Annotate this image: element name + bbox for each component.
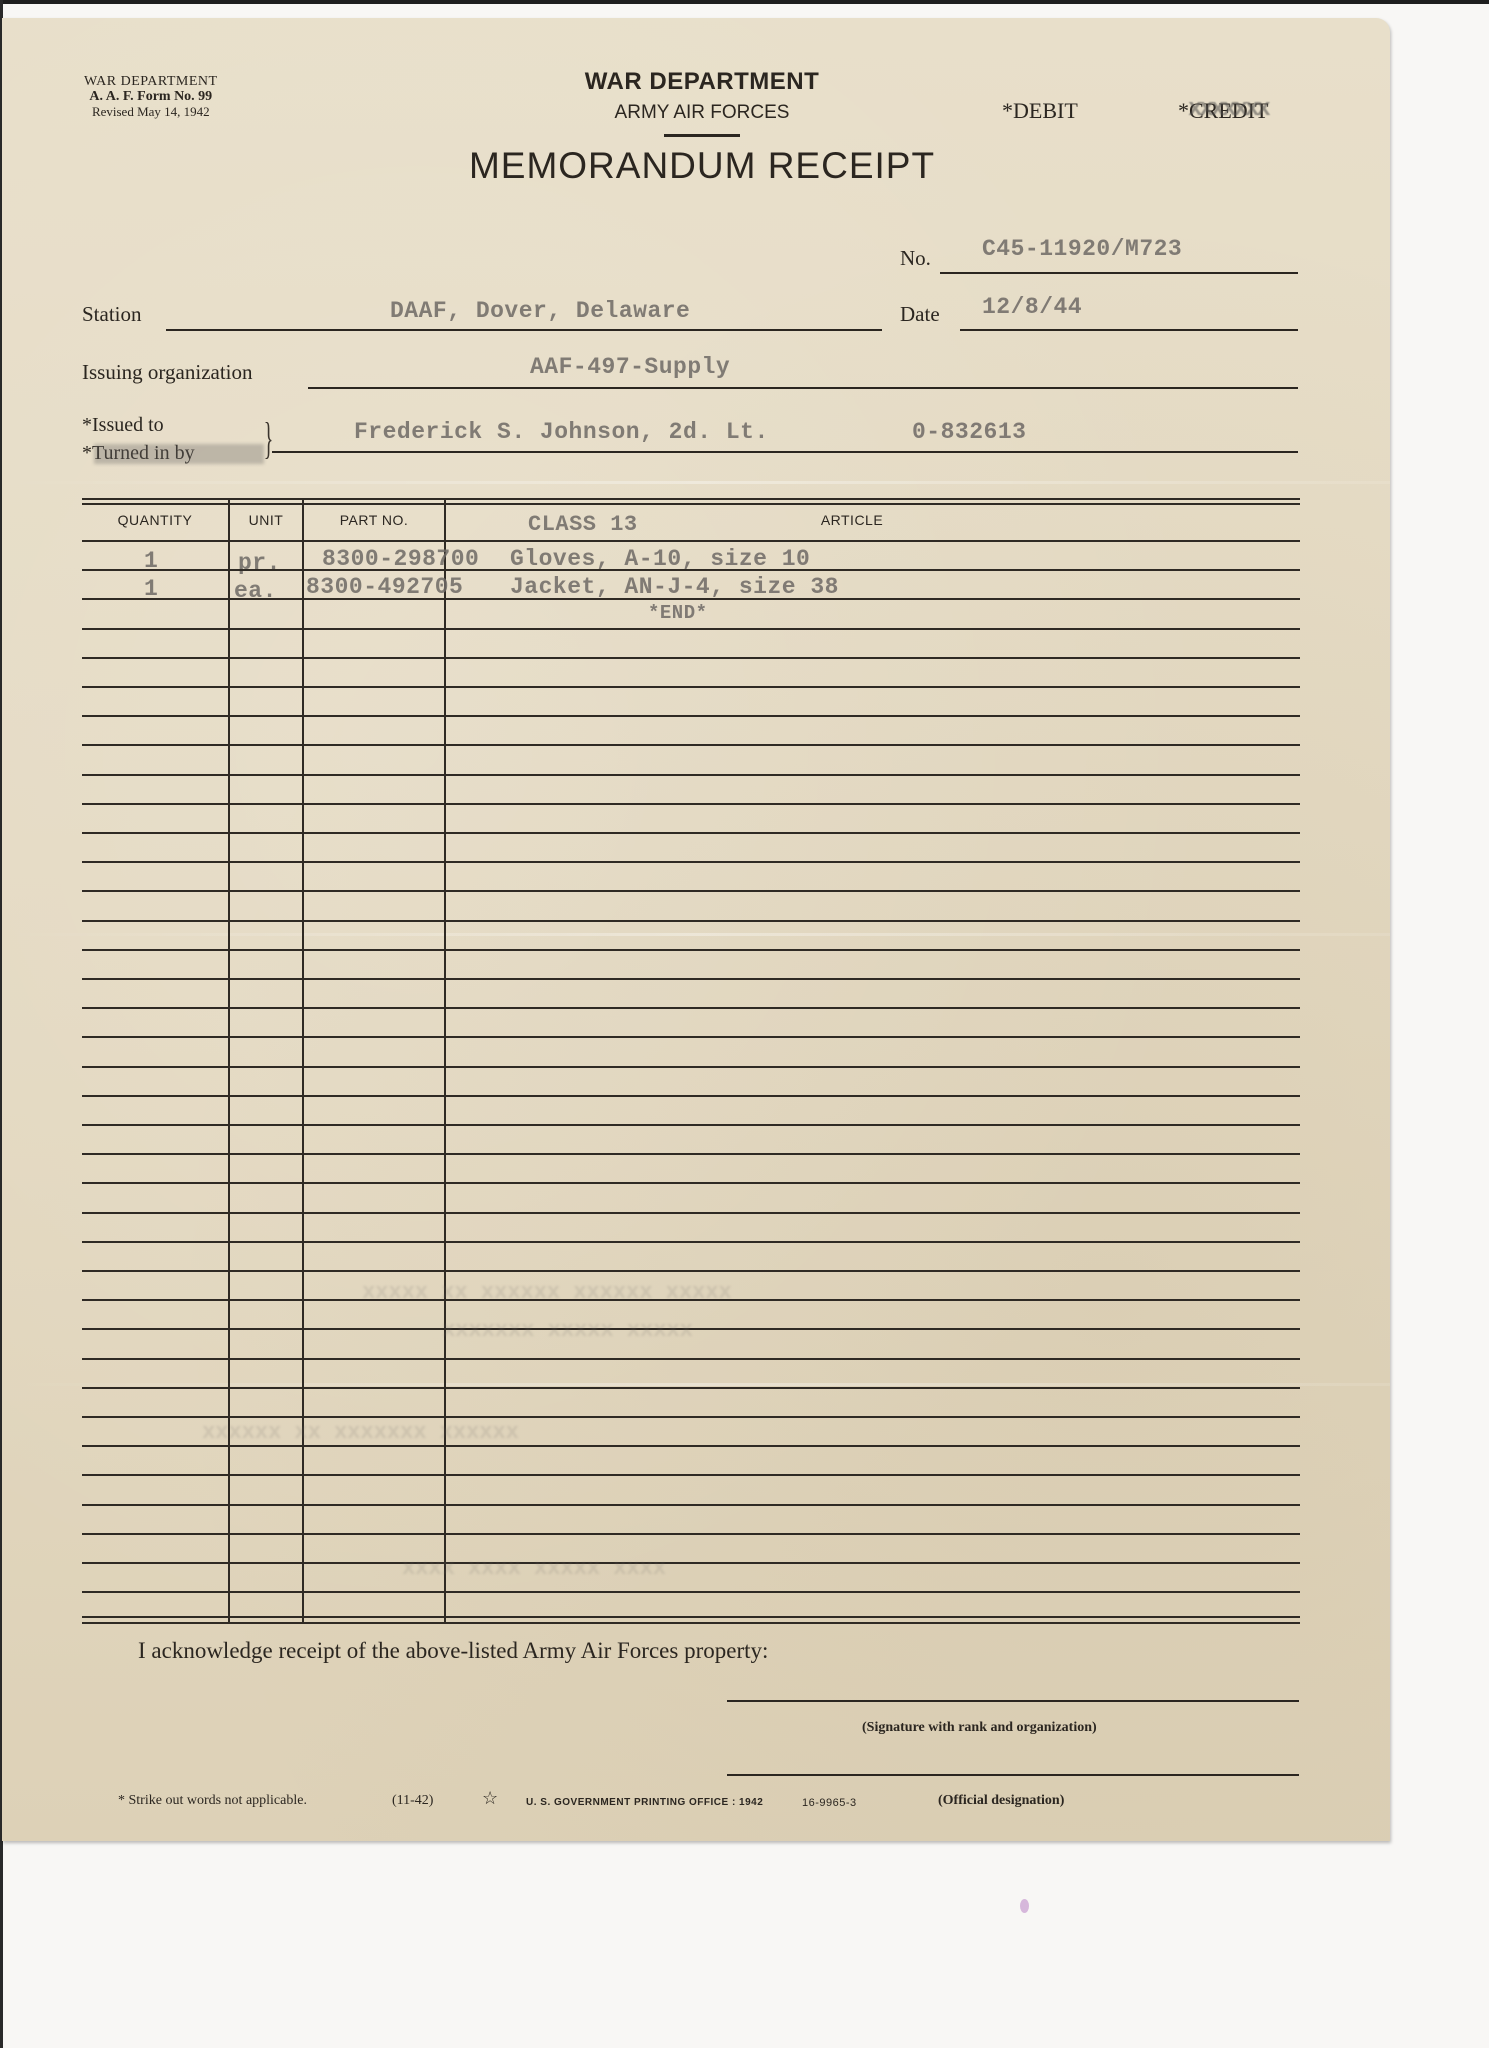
document-title: MEMORANDUM RECEIPT — [422, 145, 982, 187]
date-label: Date — [900, 302, 940, 327]
bracket-icon: } — [264, 414, 274, 464]
table-row-rule — [82, 657, 1300, 659]
table-row-rule — [82, 1591, 1300, 1593]
table-row-rule — [82, 540, 1300, 542]
table-row-rule — [82, 890, 1300, 892]
station-underline — [166, 329, 882, 331]
official-designation-line[interactable] — [727, 1774, 1299, 1776]
table-row-rule — [82, 744, 1300, 746]
table-row-rule — [82, 686, 1300, 688]
table-row-rule — [82, 1387, 1300, 1389]
table-row-rule — [82, 715, 1300, 717]
debit-label: *DEBIT — [1002, 98, 1078, 124]
row-2-article: Jacket, AN-J-4, size 38 — [510, 574, 839, 600]
column-divider-part-no — [444, 498, 446, 1622]
issuing-organization-field[interactable]: AAF-497-Supply — [530, 354, 730, 380]
bleed-through-text: xxxxx xxxxxx xxxxxx xx xxxxx — [362, 1280, 732, 1305]
table-row-rule — [82, 803, 1300, 805]
row-1-unit: pr. — [238, 550, 281, 576]
property-table: QUANTITY UNIT PART NO. ARTICLE CLASS 13 … — [82, 498, 1300, 1624]
star-icon: ☆ — [482, 1788, 498, 1809]
form-identifier: WAR DEPARTMENT A. A. F. Form No. 99 Revi… — [84, 74, 218, 119]
number-underline — [940, 272, 1298, 274]
table-row-rule — [82, 949, 1300, 951]
bleed-through-text: xxxxx xxxxx xxxxxxx — [442, 1318, 693, 1343]
table-row-rule — [82, 1270, 1300, 1272]
fold-crease — [2, 481, 1390, 484]
turned-in-by-strike-mark — [94, 444, 264, 464]
table-row-rule — [82, 1036, 1300, 1038]
footer-note: * Strike out words not applicable. — [118, 1793, 307, 1809]
table-bottom-rule — [82, 1616, 1300, 1618]
table-row-rule — [82, 1416, 1300, 1418]
row-2-unit: ea. — [234, 578, 277, 604]
date-field[interactable]: 12/8/44 — [982, 294, 1082, 320]
header-divider — [664, 134, 740, 137]
station-field[interactable]: DAAF, Dover, Delaware — [390, 298, 690, 324]
table-row-rule — [82, 1212, 1300, 1214]
table-row-rule — [82, 774, 1300, 776]
column-header-quantity: QUANTITY — [82, 512, 228, 528]
station-label: Station — [82, 302, 142, 327]
form-number: A. A. F. Form No. 99 — [84, 89, 218, 104]
end-marker: *END* — [648, 602, 708, 624]
class-note: CLASS 13 — [528, 512, 638, 537]
table-row-rule — [82, 861, 1300, 863]
table-row-rule — [82, 1066, 1300, 1068]
table-row-rule — [82, 598, 1300, 600]
table-bottom-rule-inner — [82, 1622, 1300, 1624]
column-header-article: ARTICLE — [682, 512, 1022, 528]
official-designation-caption: (Official designation) — [938, 1793, 1064, 1809]
number-field[interactable]: C45-11920/M723 — [982, 236, 1182, 262]
bleed-through-text: xxxxxx xxxxxxx xx xxxxxx — [202, 1420, 519, 1445]
date-underline — [960, 329, 1298, 331]
table-row-rule — [82, 920, 1300, 922]
column-divider-quantity — [228, 498, 230, 1622]
table-top-rule-inner — [82, 503, 1300, 505]
table-row-rule — [82, 1095, 1300, 1097]
row-2-part-no: 8300-492705 — [306, 574, 463, 600]
table-row-rule — [82, 1504, 1300, 1506]
table-top-rule — [82, 498, 1300, 500]
column-header-part-no: PART NO. — [304, 512, 444, 528]
table-row-rule — [82, 1007, 1300, 1009]
form-revision: Revised May 14, 1942 — [84, 104, 218, 119]
table-row-rule — [82, 978, 1300, 980]
memorandum-receipt-page: WAR DEPARTMENT A. A. F. Form No. 99 Revi… — [2, 18, 1390, 1841]
table-row-rule — [82, 1153, 1300, 1155]
table-row-rule — [82, 832, 1300, 834]
document-header: WAR DEPARTMENT ARMY AIR FORCES MEMORANDU… — [422, 68, 982, 187]
recipient-field[interactable]: Frederick S. Johnson, 2d. Lt. — [354, 419, 769, 445]
recipient-serial-field[interactable]: 0-832613 — [912, 419, 1026, 445]
credit-strike-mark: xxxxxxx — [1188, 96, 1268, 123]
table-row-rule — [82, 1533, 1300, 1535]
scan-edge-top — [0, 0, 1489, 4]
table-row-rule — [82, 1182, 1300, 1184]
recipient-underline — [272, 451, 1298, 453]
bleed-through-text: xxxx xxxxx xxxx xxxx — [402, 1556, 666, 1581]
acknowledgment-statement: I acknowledge receipt of the above-liste… — [138, 1638, 768, 1664]
table-row-rule — [82, 569, 1300, 571]
footer-form-date: (11-42) — [392, 1793, 433, 1809]
signature-caption: (Signature with rank and organization) — [862, 1720, 1097, 1736]
form-department: WAR DEPARTMENT — [84, 74, 218, 89]
signature-line[interactable] — [727, 1700, 1299, 1702]
ink-spot — [1020, 1899, 1029, 1913]
table-row-rule — [82, 1562, 1300, 1564]
header-branch: ARMY AIR FORCES — [422, 102, 982, 124]
issued-to-label: *Issued to — [82, 414, 164, 437]
column-divider-unit — [302, 498, 304, 1622]
number-label: No. — [900, 246, 931, 271]
table-row-rule — [82, 1124, 1300, 1126]
column-header-unit: UNIT — [230, 512, 302, 528]
table-row-rule — [82, 1474, 1300, 1476]
issuing-organization-label: Issuing organization — [82, 360, 253, 385]
header-department: WAR DEPARTMENT — [422, 68, 982, 96]
issuing-organization-underline — [308, 387, 1298, 389]
table-row-rule — [82, 1358, 1300, 1360]
footer-printer: U. S. GOVERNMENT PRINTING OFFICE : 1942 — [526, 1797, 763, 1808]
footer-print-code: 16-9965-3 — [802, 1797, 857, 1809]
table-row-rule — [82, 1241, 1300, 1243]
table-row-rule — [82, 1445, 1300, 1447]
table-row-rule — [82, 628, 1300, 630]
